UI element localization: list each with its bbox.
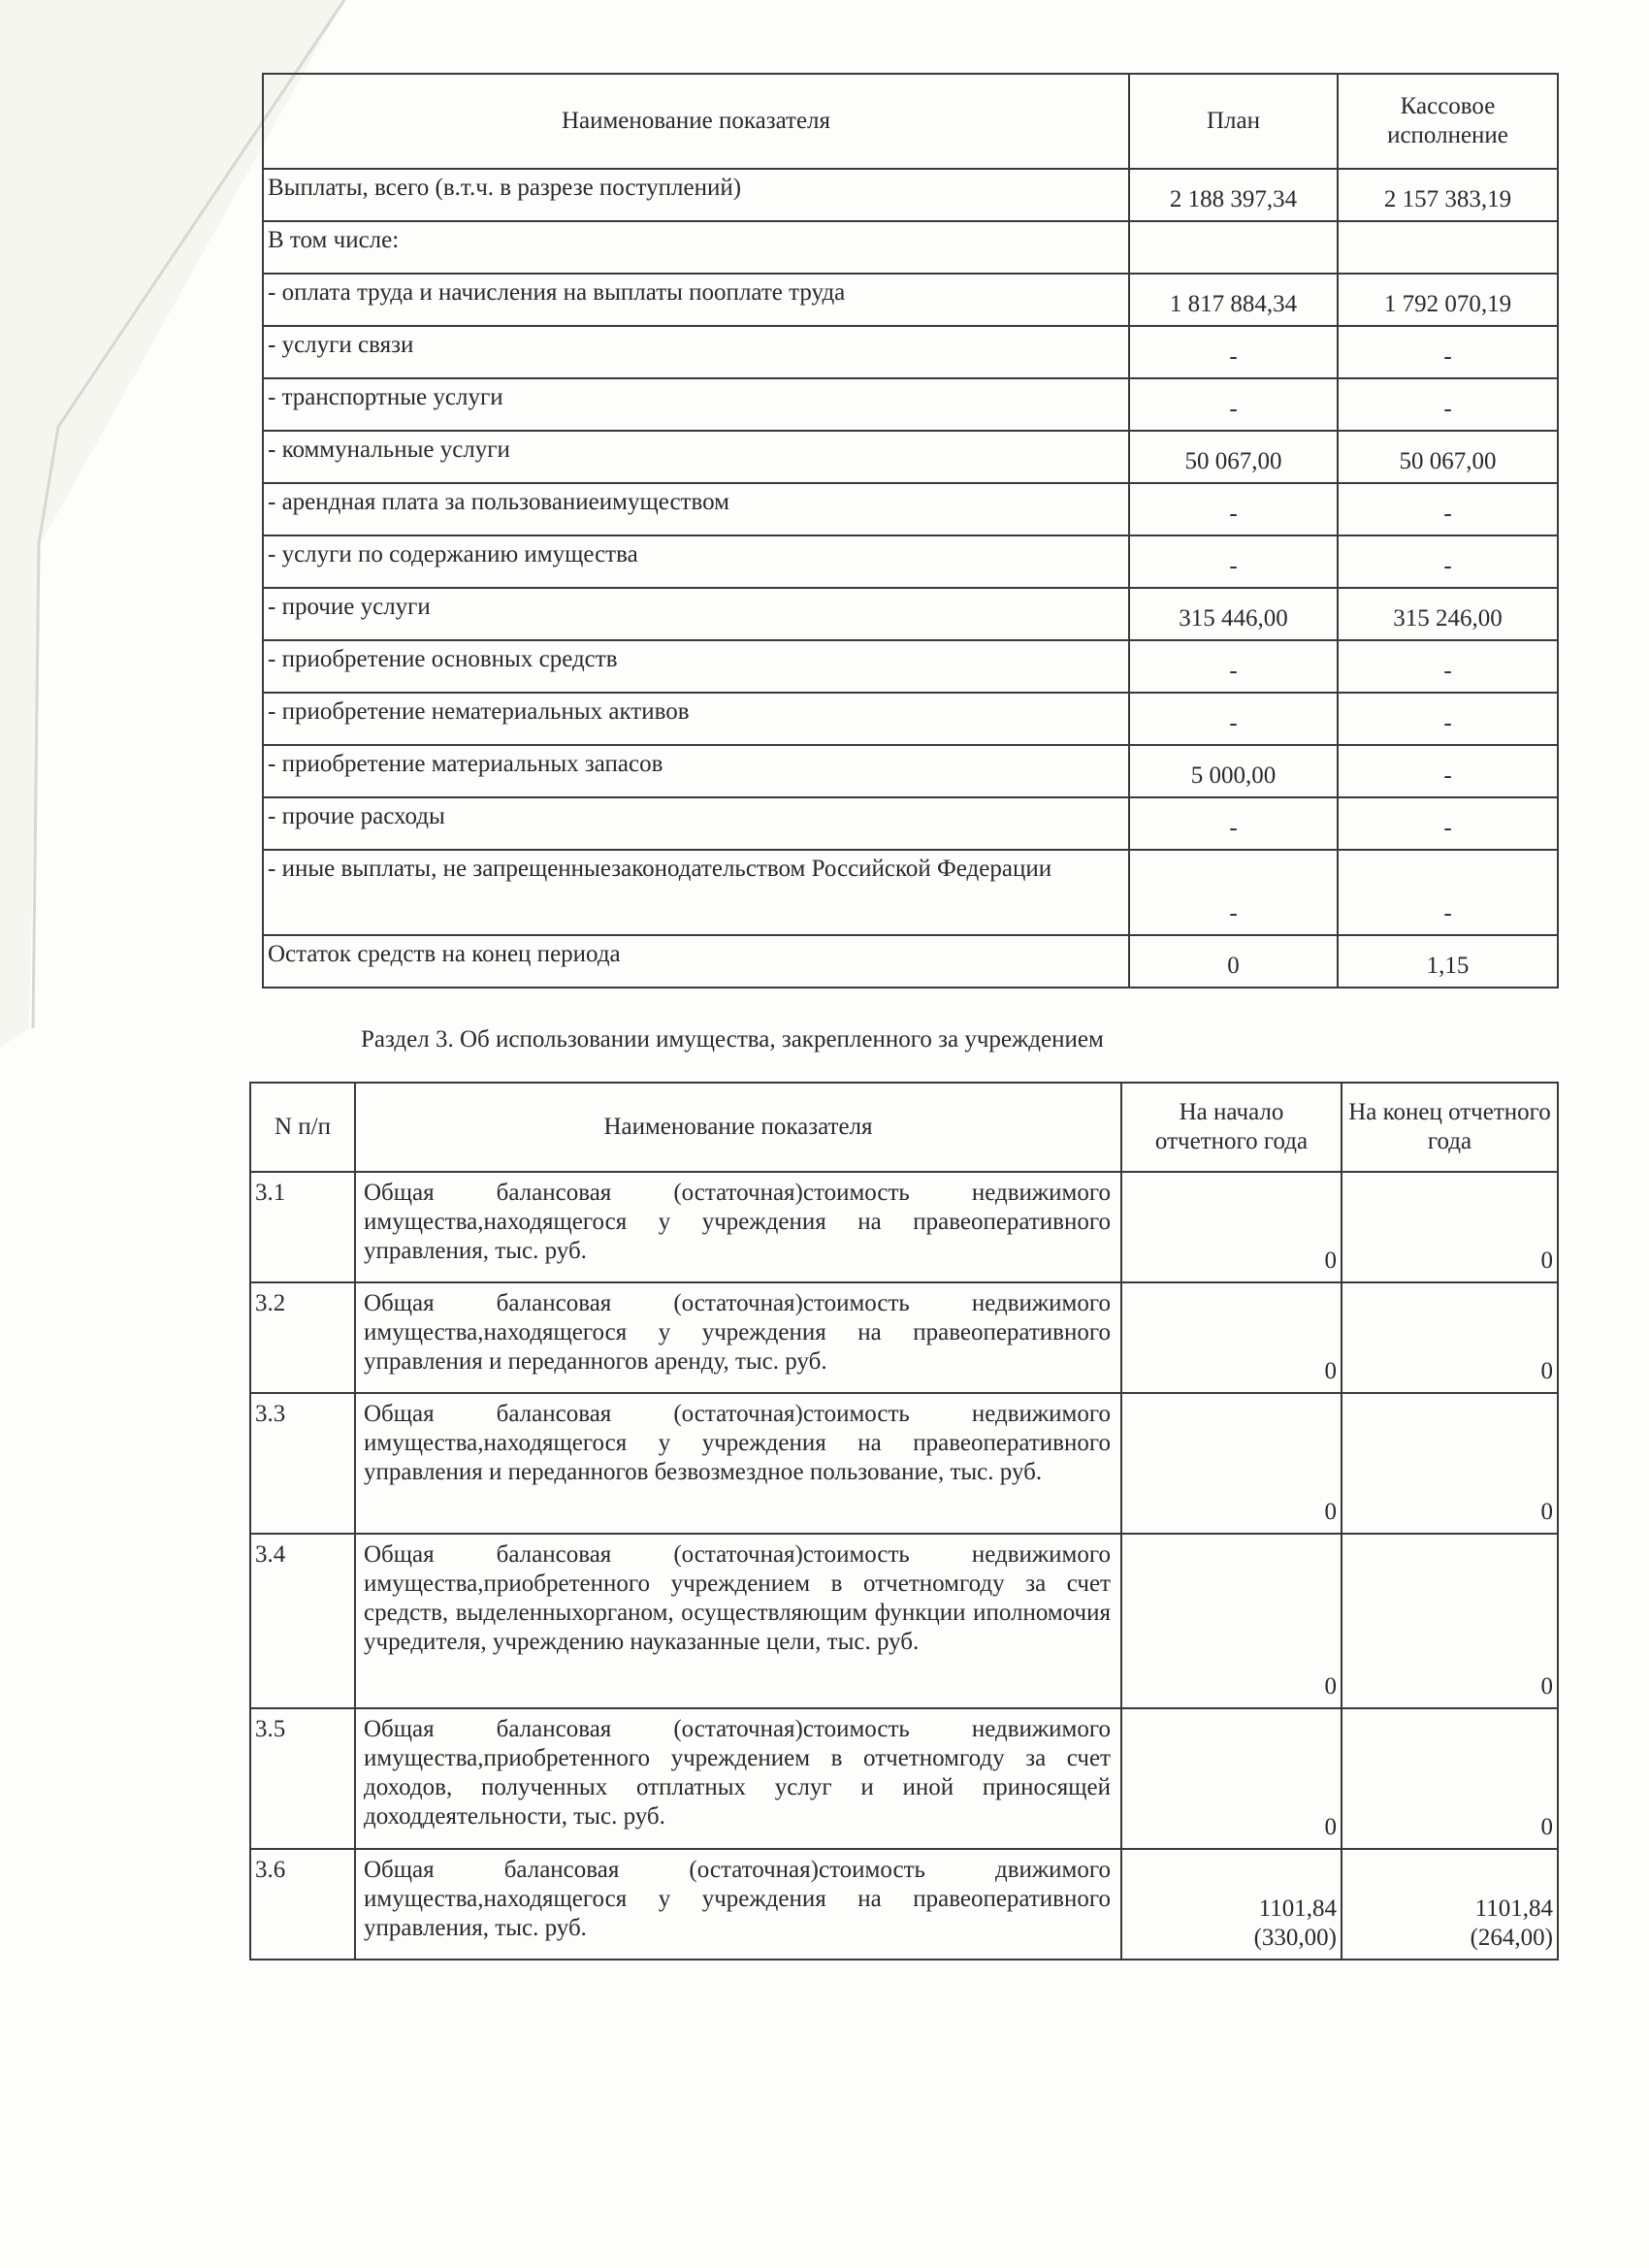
plan-value: 315 446,00: [1129, 588, 1338, 640]
cash-value: [1338, 221, 1558, 274]
end-value: 0: [1342, 1534, 1558, 1708]
end-value: 0: [1342, 1393, 1558, 1534]
row-name: В том числе:: [263, 221, 1129, 274]
end-main: 0: [1346, 1357, 1553, 1386]
plan-value: -: [1129, 326, 1338, 378]
header-num: N п/п: [250, 1083, 355, 1172]
cash-value: -: [1338, 483, 1558, 535]
end-sub: (264,00): [1346, 1924, 1553, 1953]
start-value: 0: [1121, 1534, 1342, 1708]
start-value: 0: [1121, 1708, 1342, 1849]
row-number: 3.1: [250, 1172, 355, 1282]
start-value: 0: [1121, 1172, 1342, 1282]
cash-value: -: [1338, 326, 1558, 378]
plan-value: 5 000,00: [1129, 745, 1338, 797]
cash-value: -: [1338, 693, 1558, 745]
payments-table: Наименование показателя План Кассовое ис…: [262, 73, 1559, 988]
end-main: 0: [1346, 1813, 1553, 1842]
row-name: Остаток средств на конец периода: [263, 935, 1129, 988]
table-row: Выплаты, всего (в.т.ч. в разрезе поступл…: [263, 169, 1558, 221]
table-row: - приобретение нематериальных активов--: [263, 693, 1558, 745]
end-value: 1101,84(264,00): [1342, 1849, 1558, 1960]
row-number: 3.5: [250, 1708, 355, 1849]
section-3-heading: Раздел 3. Об использовании имущества, за…: [361, 1026, 1104, 1053]
plan-value: 0: [1129, 935, 1338, 988]
plan-value: -: [1129, 640, 1338, 693]
cash-value: -: [1338, 797, 1558, 850]
start-value: 0: [1121, 1393, 1342, 1534]
cash-value: -: [1338, 378, 1558, 431]
table-row: 3.4Общая балансовая (остаточная)стоимост…: [250, 1534, 1558, 1708]
row-number: 3.3: [250, 1393, 355, 1534]
table-row: Остаток средств на конец периода01,15: [263, 935, 1558, 988]
table-row: 3.3Общая балансовая (остаточная)стоимост…: [250, 1393, 1558, 1534]
header-start: На начало отчетного года: [1121, 1083, 1342, 1172]
table-row: - оплата труда и начисления на выплаты п…: [263, 274, 1558, 326]
cash-value: 1 792 070,19: [1338, 274, 1558, 326]
start-main: 0: [1126, 1247, 1337, 1276]
plan-value: 2 188 397,34: [1129, 169, 1338, 221]
plan-value: -: [1129, 850, 1338, 935]
start-sub: (330,00): [1126, 1924, 1337, 1953]
table-row: 3.2Общая балансовая (остаточная)стоимост…: [250, 1282, 1558, 1393]
row-number: 3.2: [250, 1282, 355, 1393]
end-main: 0: [1346, 1672, 1553, 1701]
property-table: N п/п Наименование показателя На начало …: [249, 1082, 1559, 1960]
row-name: - арендная плата за пользованиеимущество…: [263, 483, 1129, 535]
cash-value: -: [1338, 850, 1558, 935]
table-row: В том числе:: [263, 221, 1558, 274]
table-row: - услуги по содержанию имущества--: [263, 535, 1558, 588]
row-name: - услуги связи: [263, 326, 1129, 378]
cash-value: 2 157 383,19: [1338, 169, 1558, 221]
row-name: - прочие расходы: [263, 797, 1129, 850]
row-name: Общая балансовая (остаточная)стоимость н…: [355, 1534, 1121, 1708]
start-value: 0: [1121, 1282, 1342, 1393]
plan-value: [1129, 221, 1338, 274]
row-name: Общая балансовая (остаточная)стоимость н…: [355, 1393, 1121, 1534]
table-row: 3.5Общая балансовая (остаточная)стоимост…: [250, 1708, 1558, 1849]
cash-value: -: [1338, 640, 1558, 693]
plan-value: -: [1129, 483, 1338, 535]
table-row: - транспортные услуги--: [263, 378, 1558, 431]
header-name: Наименование показателя: [263, 74, 1129, 169]
row-name: - иные выплаты, не запрещенныезаконодате…: [263, 850, 1129, 935]
end-value: 0: [1342, 1282, 1558, 1393]
header-cash: Кассовое исполнение: [1338, 74, 1558, 169]
start-main: 0: [1126, 1357, 1337, 1386]
start-main: 0: [1126, 1498, 1337, 1527]
row-name: - транспортные услуги: [263, 378, 1129, 431]
row-name: Общая балансовая (остаточная)стоимость н…: [355, 1282, 1121, 1393]
row-name: Выплаты, всего (в.т.ч. в разрезе поступл…: [263, 169, 1129, 221]
row-name: - приобретение материальных запасов: [263, 745, 1129, 797]
row-name: - приобретение нематериальных активов: [263, 693, 1129, 745]
plan-value: -: [1129, 797, 1338, 850]
table-row: - прочие расходы--: [263, 797, 1558, 850]
end-value: 0: [1342, 1708, 1558, 1849]
cash-value: 315 246,00: [1338, 588, 1558, 640]
plan-value: 50 067,00: [1129, 431, 1338, 483]
table-row: - арендная плата за пользованиеимущество…: [263, 483, 1558, 535]
row-name: - прочие услуги: [263, 588, 1129, 640]
end-main: 0: [1346, 1498, 1553, 1527]
table-row: - иные выплаты, не запрещенныезаконодате…: [263, 850, 1558, 935]
row-number: 3.6: [250, 1849, 355, 1960]
end-value: 0: [1342, 1172, 1558, 1282]
cash-value: 50 067,00: [1338, 431, 1558, 483]
start-value: 1101,84(330,00): [1121, 1849, 1342, 1960]
row-number: 3.4: [250, 1534, 355, 1708]
start-main: 1101,84: [1126, 1895, 1337, 1924]
row-name: - коммунальные услуги: [263, 431, 1129, 483]
row-name: - приобретение основных средств: [263, 640, 1129, 693]
row-name: Общая балансовая (остаточная)стоимость н…: [355, 1172, 1121, 1282]
row-name: - оплата труда и начисления на выплаты п…: [263, 274, 1129, 326]
table-row: - прочие услуги315 446,00315 246,00: [263, 588, 1558, 640]
cash-value: -: [1338, 535, 1558, 588]
end-main: 0: [1346, 1247, 1553, 1276]
plan-value: 1 817 884,34: [1129, 274, 1338, 326]
header-end: На конец отчетного года: [1342, 1083, 1558, 1172]
row-name: Общая балансовая (остаточная)стоимость н…: [355, 1708, 1121, 1849]
start-main: 0: [1126, 1672, 1337, 1701]
row-name: Общая балансовая (остаточная)стоимость д…: [355, 1849, 1121, 1960]
plan-value: -: [1129, 378, 1338, 431]
header-name: Наименование показателя: [355, 1083, 1121, 1172]
cash-value: -: [1338, 745, 1558, 797]
header-plan: План: [1129, 74, 1338, 169]
table-row: 3.6Общая балансовая (остаточная)стоимост…: [250, 1849, 1558, 1960]
table-row: - коммунальные услуги50 067,0050 067,00: [263, 431, 1558, 483]
start-main: 0: [1126, 1813, 1337, 1842]
table-row: 3.1Общая балансовая (остаточная)стоимост…: [250, 1172, 1558, 1282]
plan-value: -: [1129, 693, 1338, 745]
cash-value: 1,15: [1338, 935, 1558, 988]
table-row: - приобретение основных средств--: [263, 640, 1558, 693]
end-main: 1101,84: [1346, 1895, 1553, 1924]
table-row: - услуги связи--: [263, 326, 1558, 378]
row-name: - услуги по содержанию имущества: [263, 535, 1129, 588]
plan-value: -: [1129, 535, 1338, 588]
table-row: - приобретение материальных запасов5 000…: [263, 745, 1558, 797]
